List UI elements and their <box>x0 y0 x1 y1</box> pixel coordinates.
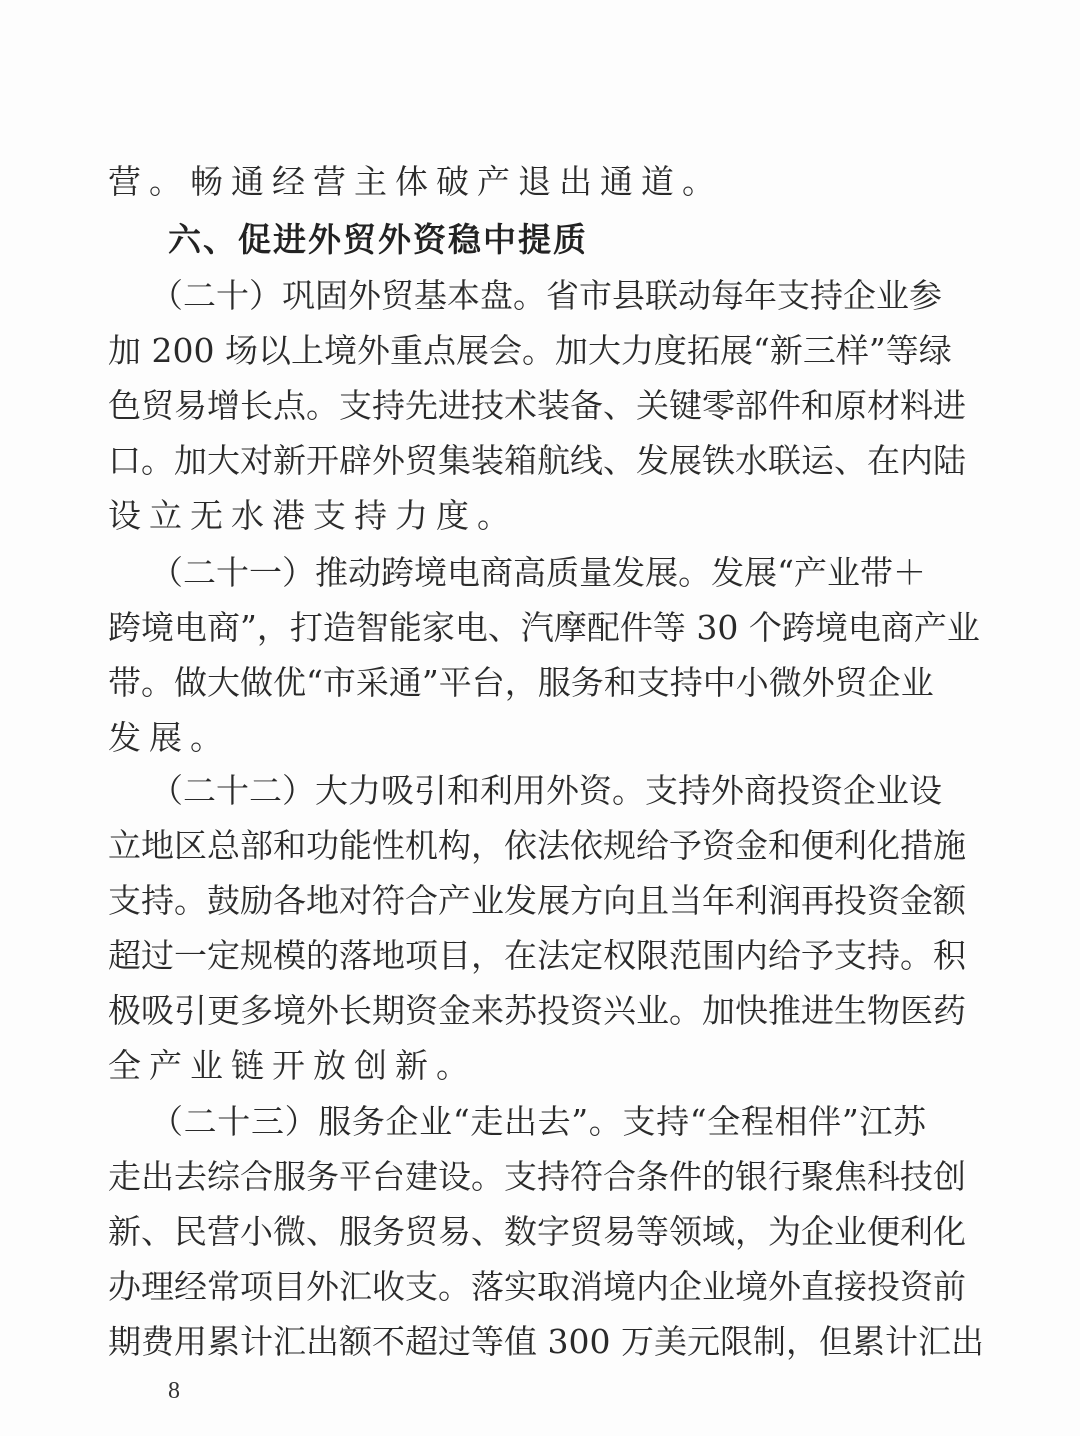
paragraph-line: （二十三）服务企业“走出去”。支持“全程相伴”江苏 <box>150 1100 926 1144</box>
paragraph-line: 全产业链开放创新。 <box>108 1044 926 1088</box>
paragraph-line: （二十）巩固外贸基本盘。省市县联动每年支持企业参 <box>150 274 926 318</box>
paragraph-line: 口。加大对新开辟外贸集装箱航线、发展铁水联运、在内陆 <box>108 439 926 483</box>
paragraph-line: 立地区总部和功能性机构，依法依规给予资金和便利化措施 <box>108 824 926 868</box>
paragraph-line: 办理经常项目外汇收支。落实取消境内企业境外直接投资前 <box>108 1265 926 1309</box>
paragraph-line: 发展。 <box>108 716 926 760</box>
paragraph-line: 新、民营小微、服务贸易、数字贸易等领域，为企业便利化 <box>108 1210 926 1254</box>
document-page: 营。畅通经营主体破产退出通道。 六、促进外贸外资稳中提质 （二十）巩固外贸基本盘… <box>0 0 1080 1436</box>
paragraph-line: 带。做大做优“市采通”平台，服务和支持中小微外贸企业 <box>108 661 926 705</box>
paragraph-line: 色贸易增长点。支持先进技术装备、关键零部件和原材料进 <box>108 384 926 428</box>
paragraph-line: 走出去综合服务平台建设。支持符合条件的银行聚焦科技创 <box>108 1155 926 1199</box>
paragraph-line: （二十一）推动跨境电商高质量发展。发展“产业带＋ <box>150 551 926 595</box>
paragraph-line: （二十二）大力吸引和利用外资。支持外商投资企业设 <box>150 769 926 813</box>
page-number: 8 <box>168 1378 180 1405</box>
paragraph-line: 超过一定规模的落地项目，在法定权限范围内给予支持。积 <box>108 934 926 978</box>
paragraph-line: 极吸引更多境外长期资金来苏投资兴业。加快推进生物医药 <box>108 989 926 1033</box>
paragraph-line: 支持。鼓励各地对符合产业发展方向且当年利润再投资金额 <box>108 879 926 923</box>
paragraph-line: 期费用累计汇出额不超过等值 300 万美元限制，但累计汇出 <box>108 1320 926 1364</box>
carryover-line: 营。畅通经营主体破产退出通道。 <box>108 160 926 204</box>
paragraph-line: 跨境电商”，打造智能家电、汽摩配件等 30 个跨境电商产业 <box>108 606 926 650</box>
paragraph-line: 设立无水港支持力度。 <box>108 494 926 538</box>
paragraph-line: 加 200 场以上境外重点展会。加大力度拓展“新三样”等绿 <box>108 329 926 373</box>
section-heading: 六、促进外贸外资稳中提质 <box>168 218 588 262</box>
